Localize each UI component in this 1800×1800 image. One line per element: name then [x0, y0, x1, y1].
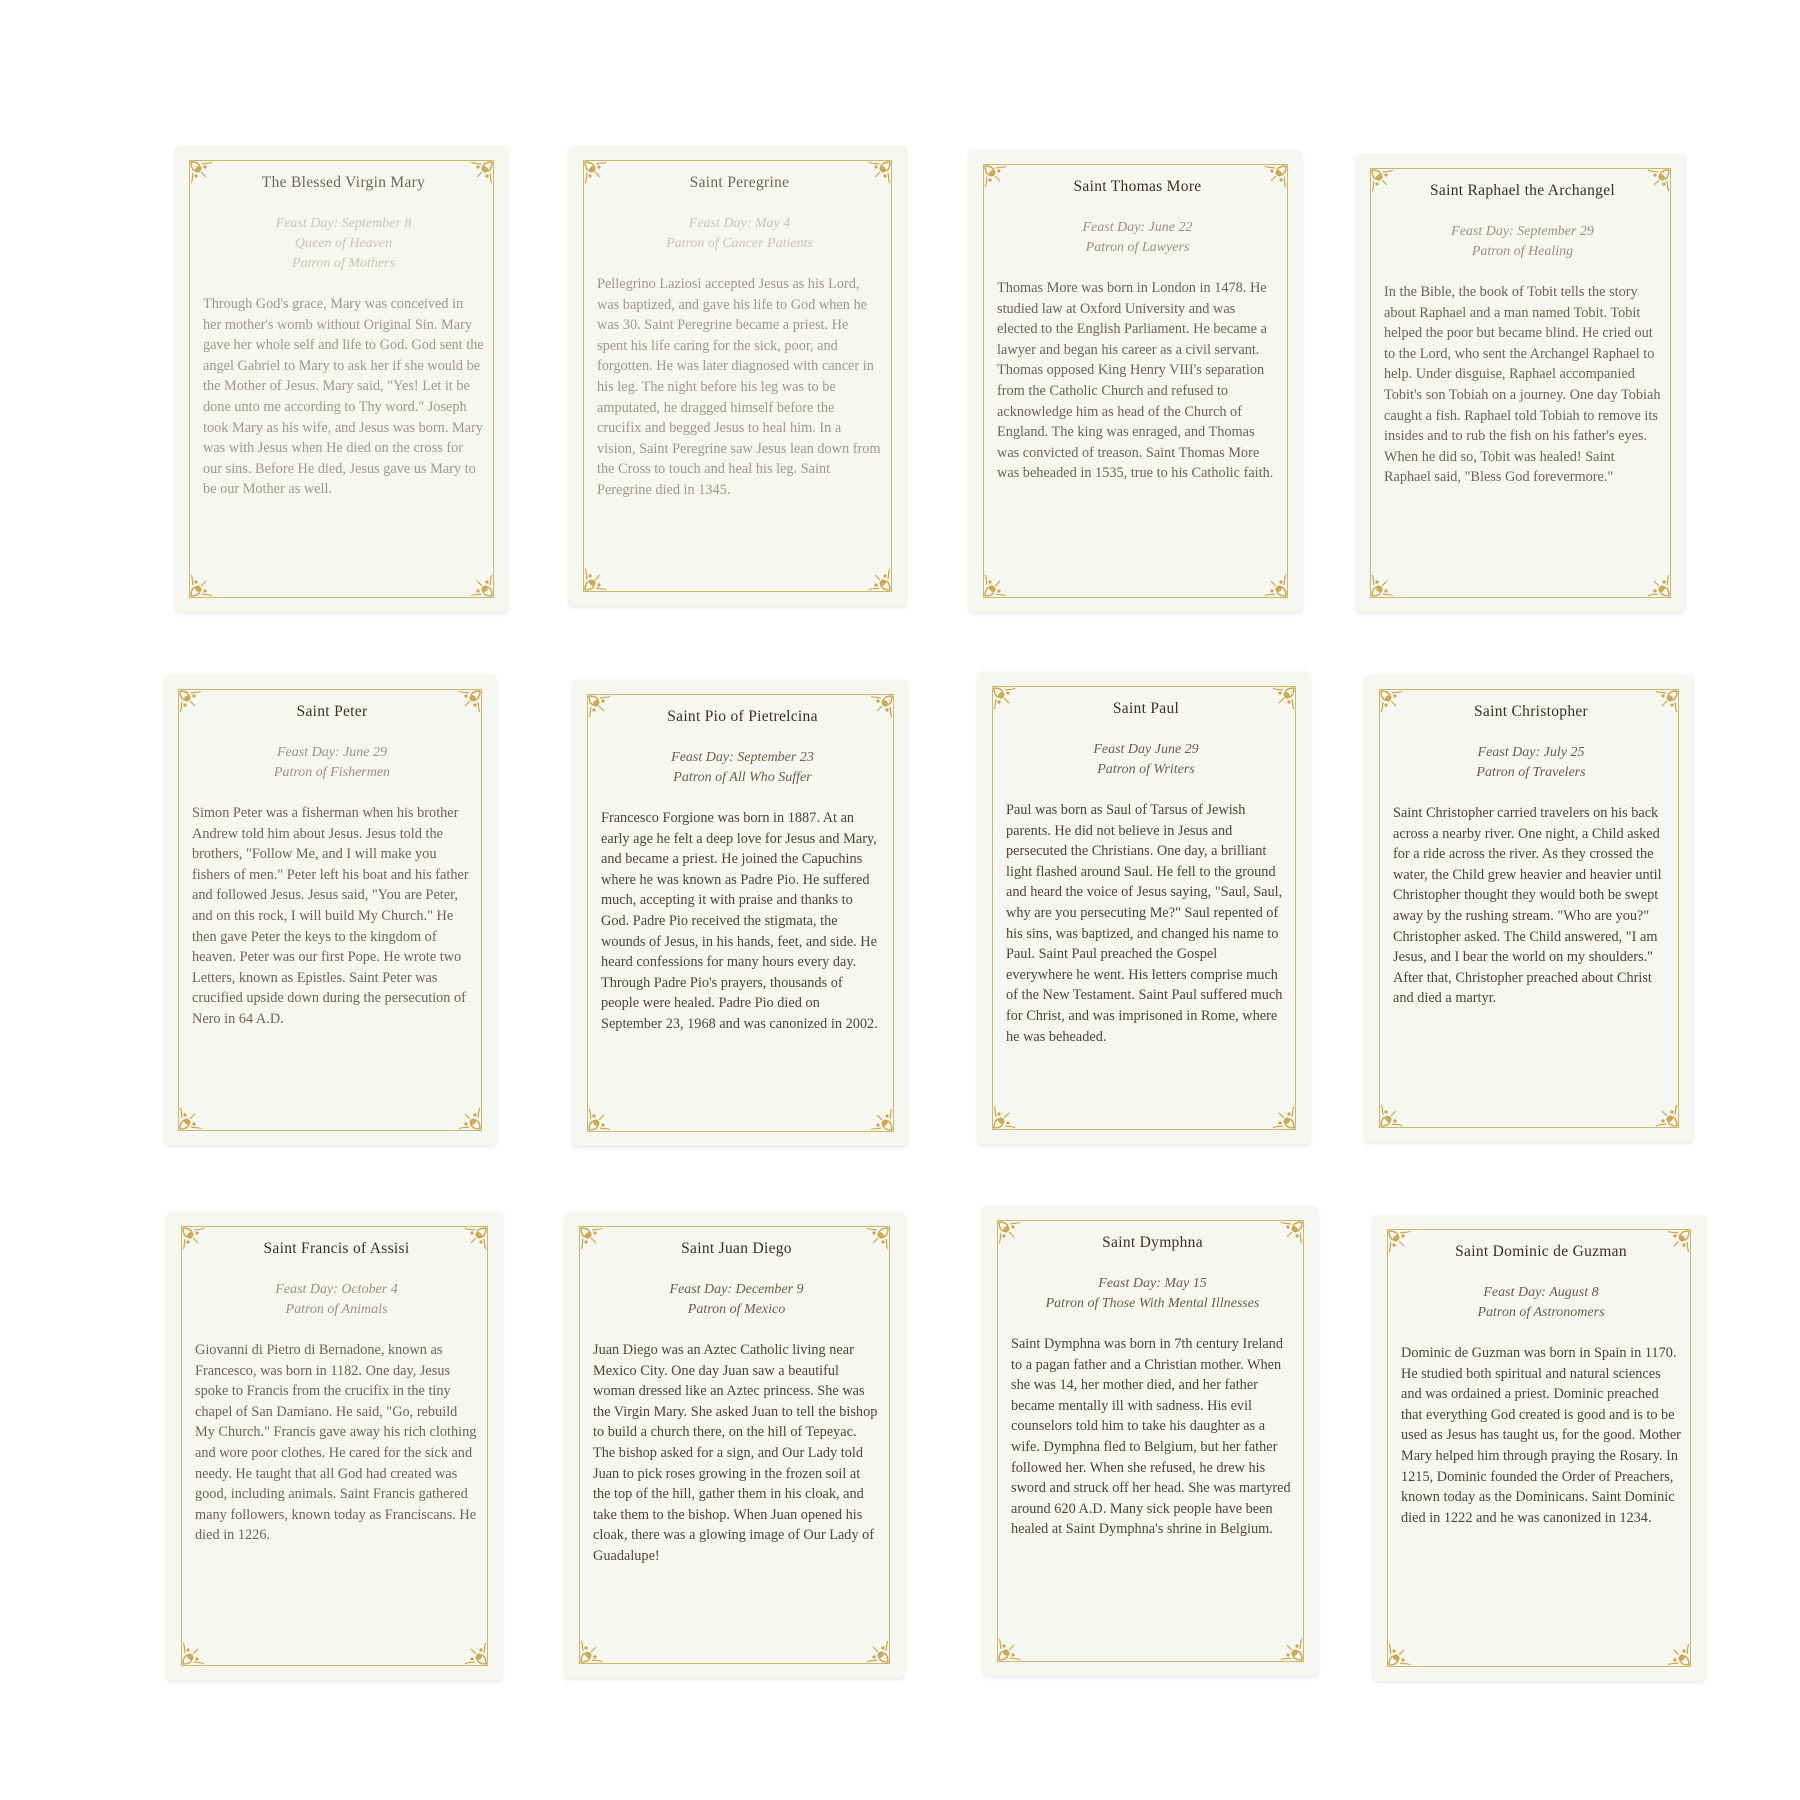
- card-meta: Feast Day: September 8 Queen of Heaven P…: [203, 214, 484, 274]
- card-body: Thomas More was born in London in 1478. …: [997, 278, 1278, 484]
- card-meta: Feast Day: May 4 Patron of Cancer Patien…: [597, 214, 882, 254]
- card-title: Saint Dymphna: [1011, 1234, 1294, 1252]
- corner-flourish-icon: [465, 569, 495, 599]
- card-body: Through God's grace, Mary was conceived …: [203, 294, 484, 500]
- patronage: Patron of Animals: [195, 1300, 478, 1320]
- saint-card-paul: Saint Paul Feast Day June 29 Patron of W…: [978, 672, 1310, 1144]
- card-title: Saint Paul: [1006, 700, 1286, 718]
- saint-card-juan-diego: Saint Juan Diego Feast Day: December 9 P…: [565, 1212, 904, 1678]
- corner-flourish-icon: [1369, 569, 1399, 599]
- patronage: Patron of Mexico: [593, 1300, 880, 1320]
- card-body: Simon Peter was a fisherman when his bro…: [192, 803, 472, 1030]
- card-body: Saint Dymphna was born in 7th century Ir…: [1011, 1334, 1294, 1540]
- feast-day: Feast Day: September 29: [1384, 222, 1661, 242]
- patronage: Patron of Lawyers: [997, 238, 1278, 258]
- saint-card-raphael-archangel: Saint Raphael the Archangel Feast Day: S…: [1356, 154, 1685, 612]
- card-meta: Feast Day: August 8 Patron of Astronomer…: [1401, 1283, 1681, 1323]
- card-body: Francesco Forgione was born in 1887. At …: [601, 808, 884, 1035]
- patronage: Patron of Healing: [1384, 242, 1661, 262]
- saint-card-peter: Saint Peter Feast Day: June 29 Patron of…: [164, 675, 496, 1145]
- card-meta: Feast Day: September 29 Patron of Healin…: [1384, 222, 1661, 262]
- card-title: Saint Juan Diego: [593, 1240, 880, 1258]
- corner-flourish-icon: [1642, 569, 1672, 599]
- corner-flourish-icon: [459, 1637, 489, 1667]
- card-body: Paul was born as Saul of Tarsus of Jewis…: [1006, 800, 1286, 1047]
- card-title: Saint Christopher: [1393, 703, 1669, 721]
- card-title: Saint Peregrine: [597, 174, 882, 192]
- corner-flourish-icon: [188, 569, 218, 599]
- card-body: In the Bible, the book of Tobit tells th…: [1384, 282, 1661, 488]
- patronage: Patron of All Who Suffer: [601, 768, 884, 788]
- corner-flourish-icon: [1386, 1638, 1416, 1668]
- card-meta: Feast Day: October 4 Patron of Animals: [195, 1280, 478, 1320]
- corner-flourish-icon: [582, 563, 612, 593]
- corner-flourish-icon: [863, 563, 893, 593]
- corner-flourish-icon: [1662, 1638, 1692, 1668]
- feast-day: Feast Day June 29: [1006, 740, 1286, 760]
- feast-day: Feast Day: September 8: [203, 214, 484, 234]
- corner-flourish-icon: [865, 1103, 895, 1133]
- patronage: Patron of Those With Mental Illnesses: [1011, 1294, 1294, 1314]
- corner-flourish-icon: [177, 1102, 207, 1132]
- card-title: Saint Peter: [192, 703, 472, 721]
- card-title: Saint Raphael the Archangel: [1384, 182, 1661, 200]
- corner-flourish-icon: [1275, 1633, 1305, 1663]
- corner-flourish-icon: [180, 1637, 210, 1667]
- card-title: Saint Dominic de Guzman: [1401, 1243, 1681, 1261]
- patronage: Patron of Fishermen: [192, 763, 472, 783]
- card-title: Saint Pio of Pietrelcina: [601, 708, 884, 726]
- corner-flourish-icon: [996, 1633, 1026, 1663]
- corner-flourish-icon: [1378, 1099, 1408, 1129]
- corner-flourish-icon: [1259, 569, 1289, 599]
- feast-day: Feast Day: June 29: [192, 743, 472, 763]
- card-meta: Feast Day: July 25 Patron of Travelers: [1393, 743, 1669, 783]
- corner-flourish-icon: [982, 569, 1012, 599]
- feast-day: Feast Day: October 4: [195, 1280, 478, 1300]
- feast-day: Feast Day: June 22: [997, 218, 1278, 238]
- saint-card-blessed-virgin-mary: The Blessed Virgin Mary Feast Day: Septe…: [175, 146, 508, 612]
- patronage: Patron of Mothers: [203, 254, 484, 274]
- feast-day: Feast Day: May 15: [1011, 1274, 1294, 1294]
- card-body: Saint Christopher carried travelers on h…: [1393, 803, 1669, 1009]
- corner-flourish-icon: [1267, 1101, 1297, 1131]
- feast-day: Feast Day: July 25: [1393, 743, 1669, 763]
- patronage: Patron of Writers: [1006, 760, 1286, 780]
- card-meta: Feast Day June 29 Patron of Writers: [1006, 740, 1286, 780]
- card-body: Pellegrino Laziosi accepted Jesus as his…: [597, 274, 882, 501]
- saint-card-dymphna: Saint Dymphna Feast Day: May 15 Patron o…: [983, 1206, 1318, 1676]
- card-title: The Blessed Virgin Mary: [203, 174, 484, 192]
- feast-day: Feast Day: May 4: [597, 214, 882, 234]
- saint-card-francis-of-assisi: Saint Francis of Assisi Feast Day: Octob…: [167, 1212, 502, 1680]
- card-title: Saint Francis of Assisi: [195, 1240, 478, 1258]
- card-meta: Feast Day: May 15 Patron of Those With M…: [1011, 1274, 1294, 1314]
- card-body: Juan Diego was an Aztec Catholic living …: [593, 1340, 880, 1567]
- saint-card-peregrine: Saint Peregrine Feast Day: May 4 Patron …: [569, 146, 906, 606]
- patronage: Patron of Travelers: [1393, 763, 1669, 783]
- card-body: Dominic de Guzman was born in Spain in 1…: [1401, 1343, 1681, 1528]
- feast-day: Feast Day: August 8: [1401, 1283, 1681, 1303]
- corner-flourish-icon: [1650, 1099, 1680, 1129]
- corner-flourish-icon: [453, 1102, 483, 1132]
- saint-card-thomas-more: Saint Thomas More Feast Day: June 22 Pat…: [969, 150, 1302, 612]
- corner-flourish-icon: [991, 1101, 1021, 1131]
- patronage: Patron of Astronomers: [1401, 1303, 1681, 1323]
- patronage: Patron of Cancer Patients: [597, 234, 882, 254]
- subtitle: Queen of Heaven: [203, 234, 484, 254]
- card-meta: Feast Day: December 9 Patron of Mexico: [593, 1280, 880, 1320]
- saint-card-christopher: Saint Christopher Feast Day: July 25 Pat…: [1365, 675, 1693, 1142]
- card-meta: Feast Day: September 23 Patron of All Wh…: [601, 748, 884, 788]
- corner-flourish-icon: [861, 1635, 891, 1665]
- card-meta: Feast Day: June 29 Patron of Fishermen: [192, 743, 472, 783]
- feast-day: Feast Day: September 23: [601, 748, 884, 768]
- corner-flourish-icon: [586, 1103, 616, 1133]
- card-title: Saint Thomas More: [997, 178, 1278, 196]
- saint-card-pio-of-pietrelcina: Saint Pio of Pietrelcina Feast Day: Sept…: [573, 680, 908, 1146]
- card-meta: Feast Day: June 22 Patron of Lawyers: [997, 218, 1278, 258]
- card-body: Giovanni di Pietro di Bernadone, known a…: [195, 1340, 478, 1546]
- corner-flourish-icon: [578, 1635, 608, 1665]
- saint-card-dominic-de-guzman: Saint Dominic de Guzman Feast Day: Augus…: [1373, 1215, 1705, 1681]
- feast-day: Feast Day: December 9: [593, 1280, 880, 1300]
